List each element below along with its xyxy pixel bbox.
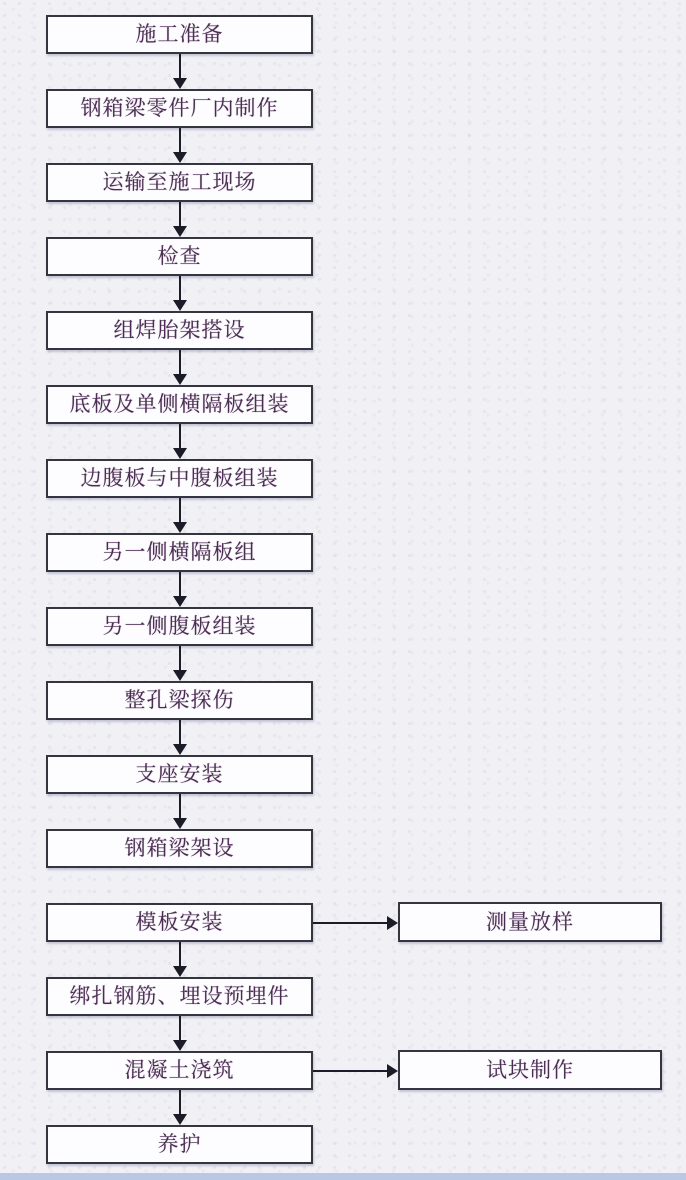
flow-step-7: 边腹板与中腹板组装 [46, 459, 313, 498]
arrow-shaft [179, 794, 181, 820]
flow-step-14: 绑扎钢筋、埋设预埋件 [46, 977, 313, 1016]
arrowhead-down-icon [173, 374, 187, 385]
arrow-shaft [179, 202, 181, 228]
flow-step-label: 支座安装 [136, 764, 224, 785]
flow-step-16: 养护 [46, 1125, 313, 1164]
flow-step-4: 检查 [46, 237, 313, 276]
down-arrow [172, 350, 188, 385]
down-arrow [172, 646, 188, 681]
arrow-shaft [179, 424, 181, 450]
flow-step-label: 模板安装 [136, 912, 224, 933]
flow-step-10: 整孔梁探伤 [46, 681, 313, 720]
down-arrow [172, 128, 188, 163]
flow-branch-label: 测量放样 [486, 912, 574, 933]
arrow-shaft [179, 646, 181, 672]
down-arrow [172, 202, 188, 237]
down-arrow [172, 424, 188, 459]
flowchart-canvas: 施工准备钢箱梁零件厂内制作运输至施工现场检查组焊胎架搭设底板及单侧横隔板组装边腹… [0, 0, 686, 1180]
down-arrow [172, 1090, 188, 1125]
arrowhead-down-icon [173, 966, 187, 977]
flow-step-label: 整孔梁探伤 [125, 690, 235, 711]
flow-step-label: 另一侧横隔板组 [103, 542, 257, 563]
down-arrow [172, 794, 188, 829]
arrowhead-down-icon [173, 1040, 187, 1051]
flow-step-9: 另一侧腹板组装 [46, 607, 313, 646]
arrowhead-right-icon [387, 1064, 398, 1078]
flow-step-label: 绑扎钢筋、埋设预埋件 [70, 986, 290, 1007]
flow-branch-15: 试块制作 [398, 1050, 662, 1090]
arrow-shaft [313, 1070, 389, 1072]
right-arrow [313, 915, 398, 931]
flow-step-3: 运输至施工现场 [46, 163, 313, 202]
flow-step-13: 模板安装 [46, 903, 313, 942]
arrow-shaft [179, 1016, 181, 1042]
down-arrow [172, 572, 188, 607]
arrow-shaft [179, 572, 181, 598]
arrowhead-down-icon [173, 300, 187, 311]
flow-step-label: 组焊胎架搭设 [114, 320, 246, 341]
right-arrow [313, 1063, 398, 1079]
flow-step-2: 钢箱梁零件厂内制作 [46, 89, 313, 128]
arrowhead-down-icon [173, 818, 187, 829]
flow-step-1: 施工准备 [46, 15, 313, 54]
arrowhead-down-icon [173, 522, 187, 533]
arrowhead-right-icon [387, 916, 398, 930]
arrowhead-down-icon [173, 596, 187, 607]
flow-step-label: 混凝土浇筑 [125, 1060, 235, 1081]
flow-step-15: 混凝土浇筑 [46, 1051, 313, 1090]
flow-step-11: 支座安装 [46, 755, 313, 794]
down-arrow [172, 276, 188, 311]
flow-step-label: 钢箱梁架设 [125, 838, 235, 859]
arrow-shaft [179, 942, 181, 968]
flow-step-label: 检查 [158, 246, 202, 267]
arrow-shaft [179, 350, 181, 376]
flow-step-label: 养护 [158, 1134, 202, 1155]
arrow-shaft [179, 1090, 181, 1116]
arrow-shaft [313, 922, 389, 924]
arrowhead-down-icon [173, 1114, 187, 1125]
flow-step-label: 施工准备 [136, 24, 224, 45]
arrowhead-down-icon [173, 78, 187, 89]
flow-step-label: 钢箱梁零件厂内制作 [81, 98, 279, 119]
down-arrow [172, 720, 188, 755]
flow-step-6: 底板及单侧横隔板组装 [46, 385, 313, 424]
arrowhead-down-icon [173, 226, 187, 237]
arrowhead-down-icon [173, 670, 187, 681]
down-arrow [172, 54, 188, 89]
down-arrow [172, 498, 188, 533]
flow-step-label: 另一侧腹板组装 [103, 616, 257, 637]
flow-branch-label: 试块制作 [486, 1060, 574, 1081]
flow-step-label: 运输至施工现场 [103, 172, 257, 193]
flow-step-label: 边腹板与中腹板组装 [81, 468, 279, 489]
arrowhead-down-icon [173, 744, 187, 755]
arrow-shaft [179, 276, 181, 302]
arrow-shaft [179, 54, 181, 80]
flow-branch-13: 测量放样 [398, 902, 662, 942]
flow-step-8: 另一侧横隔板组 [46, 533, 313, 572]
arrowhead-down-icon [173, 448, 187, 459]
flow-step-label: 底板及单侧横隔板组装 [70, 394, 290, 415]
down-arrow [172, 942, 188, 977]
down-arrow [172, 1016, 188, 1051]
flow-step-5: 组焊胎架搭设 [46, 311, 313, 350]
arrow-shaft [179, 720, 181, 746]
flow-step-12: 钢箱梁架设 [46, 829, 313, 868]
arrow-shaft [179, 498, 181, 524]
arrowhead-down-icon [173, 152, 187, 163]
page-bottom-edge [0, 1173, 686, 1180]
arrow-shaft [179, 128, 181, 154]
